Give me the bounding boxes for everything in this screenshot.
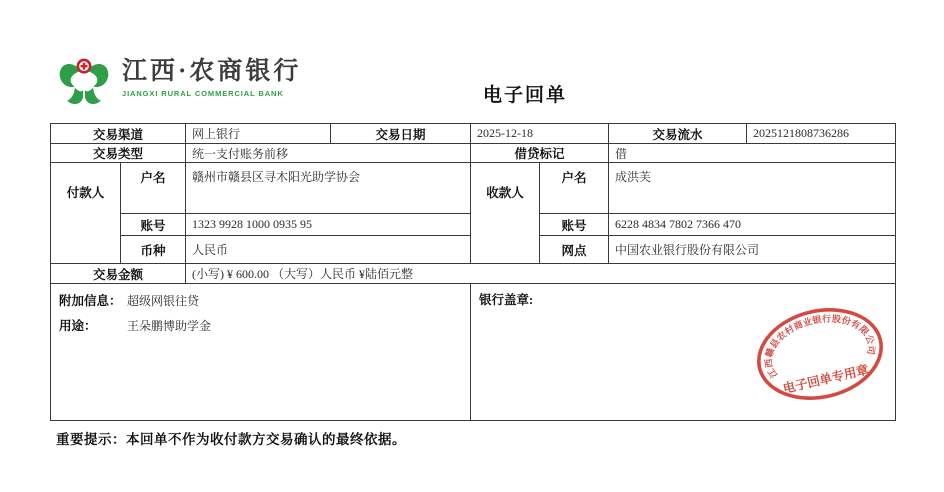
addinfo-label: 附加信息：	[59, 291, 127, 309]
payee-role-label: 收款人	[471, 163, 540, 264]
page-title: 电子回单	[430, 80, 620, 107]
debit-credit-label: 借贷标记	[471, 144, 609, 163]
channel-value: 网上银行	[186, 124, 331, 144]
payee-branch-value: 中国农业银行股份有限公司	[609, 236, 895, 264]
payer-currency-label: 币种	[121, 236, 186, 264]
payee-branch-label: 网点	[540, 236, 609, 264]
payee-name-value: 成洪芙	[609, 163, 895, 214]
payer-name-label: 户名	[121, 163, 186, 214]
serial-label: 交易流水	[609, 124, 747, 144]
payer-account-value: 1323 9928 1000 0935 95	[186, 214, 471, 236]
bank-name-cn: 江西·农商银行	[122, 58, 301, 86]
serial-value: 2025121808736286	[747, 124, 895, 144]
stamp-center-text: 电子回单专用章	[781, 362, 870, 396]
bank-name-en: JIANGXI RURAL COMMERCIAL BANK	[122, 89, 301, 98]
payer-account-label: 账号	[121, 214, 186, 236]
receipt-table: 交易渠道 网上银行 交易日期 2025-12-18 交易流水 202512180…	[50, 123, 896, 421]
type-label: 交易类型	[51, 144, 186, 163]
payee-account-label: 账号	[540, 214, 609, 236]
payer-currency-value: 人民币	[186, 236, 471, 264]
amount-value: (小写) ¥ 600.00 （大写）人民币 ¥陆佰元整	[186, 264, 895, 284]
debit-credit-value: 借	[609, 144, 895, 163]
bank-brand: 江西·农商银行 JIANGXI RURAL COMMERCIAL BANK	[56, 54, 301, 110]
payer-role-label: 付款人	[51, 163, 121, 264]
bank-seal-cell: 银行盖章: 江西赣县农村商业银行股份有限公司 电子回单专用章	[471, 284, 895, 420]
type-value: 统一支付账务前移	[186, 144, 471, 163]
additional-info-cell: 附加信息：超级网银往贷 用途：王朵鹏博助学金	[51, 284, 471, 420]
purpose-label: 用途：	[59, 316, 127, 334]
channel-label: 交易渠道	[51, 124, 186, 144]
date-label: 交易日期	[331, 124, 471, 144]
date-value: 2025-12-18	[471, 124, 609, 144]
amount-label: 交易金额	[51, 264, 186, 284]
payee-name-label: 户名	[540, 163, 609, 214]
bank-stamp-icon: 江西赣县农村商业银行股份有限公司 电子回单专用章	[728, 284, 895, 420]
payee-account-value: 6228 4834 7802 7366 470	[609, 214, 895, 236]
bank-logo-icon	[56, 54, 112, 110]
seal-label: 银行盖章:	[479, 293, 533, 307]
important-notice: 重要提示：本回单不作为收付款方交易确认的最终依据。	[56, 428, 406, 448]
electronic-receipt-page: 江西·农商银行 JIANGXI RURAL COMMERCIAL BANK 电子…	[0, 0, 944, 492]
purpose-value: 王朵鹏博助学金	[127, 319, 211, 333]
payer-name-value: 赣州市赣县区寻木阳光助学协会	[186, 163, 471, 214]
addinfo-value: 超级网银往贷	[127, 294, 199, 308]
